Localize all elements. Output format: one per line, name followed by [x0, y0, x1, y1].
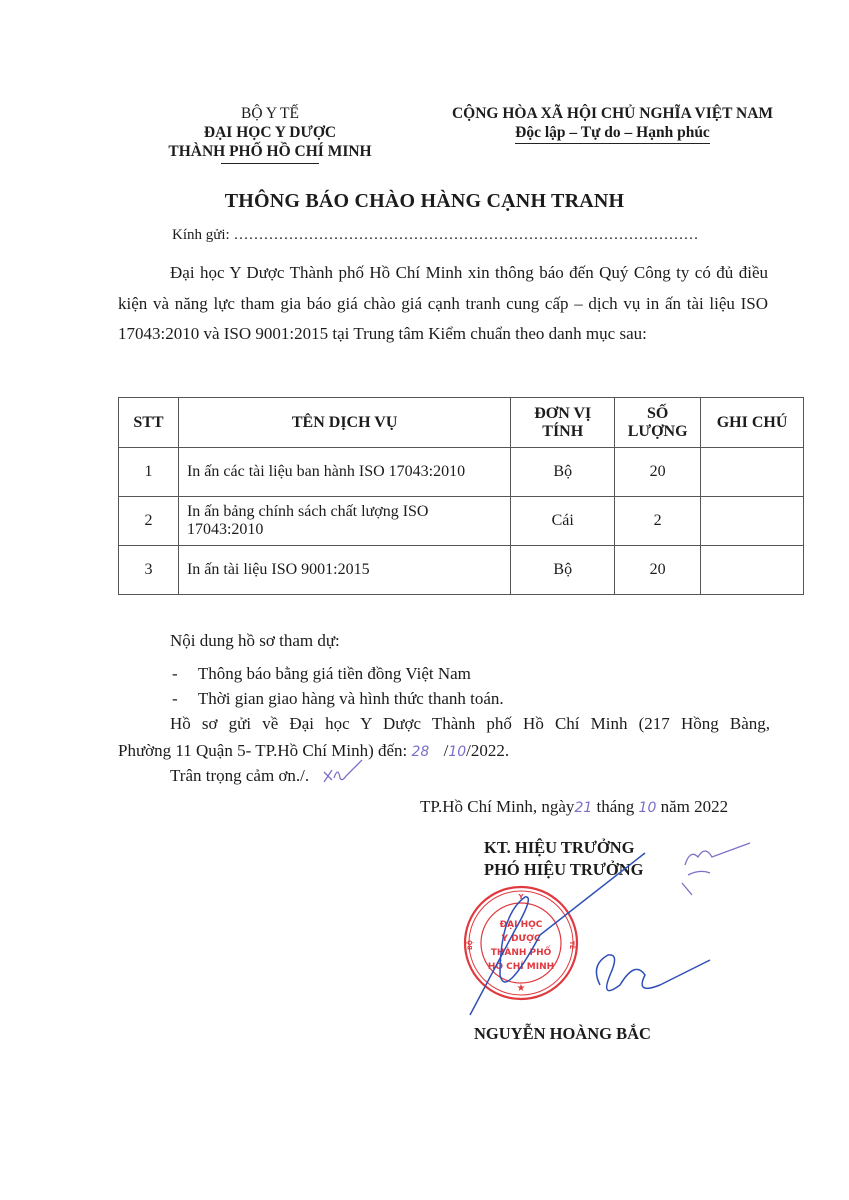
col-header-qty: SỐLƯỢNG	[615, 398, 701, 448]
requirement-item: - Thời gian giao hàng và hình thức thanh…	[172, 689, 504, 709]
cell-stt: 3	[119, 546, 179, 595]
national-header: CỘNG HÒA XÃ HỘI CHỦ NGHĨA VIỆT NAM Độc l…	[435, 104, 790, 144]
requirements-heading: Nội dung hồ sơ tham dự:	[170, 631, 340, 651]
submission-line-2: Phường 11 Quận 5- TP.Hồ Chí Minh) đến: 2…	[118, 741, 509, 761]
bullet-dash-icon: -	[172, 664, 178, 683]
country-name: CỘNG HÒA XÃ HỘI CHỦ NGHĨA VIỆT NAM	[435, 104, 790, 123]
cell-unit: Bộ	[511, 546, 615, 595]
closing-line: Trân trọng cảm ơn./.	[170, 766, 309, 786]
date-month: 10	[639, 800, 657, 816]
deadline-month: 10	[448, 744, 466, 760]
cell-stt: 2	[119, 497, 179, 546]
intro-paragraph: Đại học Y Dược Thành phố Hồ Chí Minh xin…	[118, 258, 768, 350]
requirement-item: - Thông báo bằng giá tiền đồng Việt Nam	[172, 664, 471, 684]
service-table: STT TÊN DỊCH VỤ ĐƠN VỊTÍNH SỐLƯỢNG GHI C…	[118, 397, 804, 595]
col-header-stt: STT	[119, 398, 179, 448]
bullet-dash-icon: -	[172, 689, 178, 708]
table-row: 3 In ấn tài liệu ISO 9001:2015 Bộ 20	[119, 546, 804, 595]
table-row: 1 In ấn các tài liệu ban hành ISO 17043:…	[119, 448, 804, 497]
cell-stt: 1	[119, 448, 179, 497]
cell-qty: 20	[615, 546, 701, 595]
university-city: THÀNH PHỐ HỒ CHÍ MINH	[140, 142, 400, 161]
cell-qty: 2	[615, 497, 701, 546]
cell-qty: 20	[615, 448, 701, 497]
cell-note	[701, 546, 804, 595]
col-header-note: GHI CHÚ	[701, 398, 804, 448]
col-header-service: TÊN DỊCH VỤ	[178, 398, 510, 448]
cell-service: In ấn bảng chính sách chất lượng ISO 170…	[178, 497, 510, 546]
document-title: THÔNG BÁO CHÀO HÀNG CẠNH TRANH	[0, 190, 849, 213]
ministry-name: BỘ Y TẾ	[140, 104, 400, 123]
deadline-day: 28	[412, 744, 430, 760]
cell-note	[701, 448, 804, 497]
cell-service: In ấn tài liệu ISO 9001:2015	[178, 546, 510, 595]
cell-note	[701, 497, 804, 546]
cell-unit: Bộ	[511, 448, 615, 497]
table-row: 2 In ấn bảng chính sách chất lượng ISO 1…	[119, 497, 804, 546]
handwritten-signature-icon	[460, 835, 760, 1025]
cell-unit: Cái	[511, 497, 615, 546]
table-header-row: STT TÊN DỊCH VỤ ĐƠN VỊTÍNH SỐLƯỢNG GHI C…	[119, 398, 804, 448]
date-day: 21	[574, 800, 592, 816]
issuer-header: BỘ Y TẾ ĐẠI HỌC Y DƯỢC THÀNH PHỐ HỒ CHÍ …	[140, 104, 400, 164]
national-motto: Độc lập – Tự do – Hạnh phúc	[515, 123, 710, 144]
initials-icon	[320, 756, 366, 786]
recipient-line: Kính gửi: …………………………………………………………………………………	[172, 227, 698, 244]
date-line: TP.Hồ Chí Minh, ngày21 tháng 10 năm 2022	[420, 797, 728, 817]
signer-name: NGUYỄN HOÀNG BẮC	[474, 1024, 651, 1044]
col-header-unit: ĐƠN VỊTÍNH	[511, 398, 615, 448]
university-name: ĐẠI HỌC Y DƯỢC	[140, 123, 400, 142]
submission-line-1: Hồ sơ gửi về Đại học Y Dược Thành phố Hồ…	[170, 714, 770, 734]
cell-service: In ấn các tài liệu ban hành ISO 17043:20…	[178, 448, 510, 497]
header-underline	[221, 163, 319, 164]
